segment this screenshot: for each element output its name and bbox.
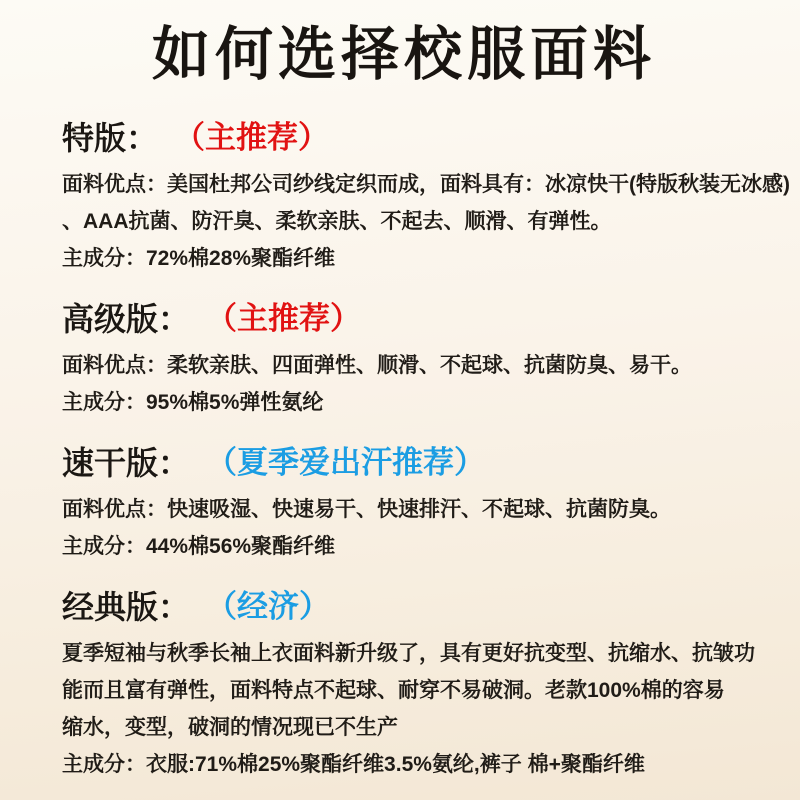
recommendation-tag: （主推荐） bbox=[206, 299, 361, 339]
section-body: 面料优点：快速吸湿、快速易干、快速排汗、不起球、抗菌防臭。 主成分：44%棉56… bbox=[62, 491, 770, 565]
fabric-advantages-line: 、AAA抗菌、防汗臭、柔软亲肤、不起去、顺滑、有弹性。 bbox=[62, 203, 770, 240]
fabric-advantages-line: 面料优点：柔软亲肤、四面弹性、顺滑、不起球、抗菌防臭、易干。 bbox=[62, 347, 770, 384]
upgrade-description-line: 能而且富有弹性，面料特点不起球、耐穿不易破洞。老款100%棉的容易 bbox=[62, 672, 770, 709]
section-special-edition: 特版： （主推荐） 面料优点：美国杜邦公司纱线定织而成，面料具有：冰凉快干(特版… bbox=[62, 118, 770, 277]
section-heading: 速干版： （夏季爱出汗推荐） bbox=[62, 443, 770, 483]
main-composition-line: 主成分：衣服:71%棉25%聚酯纤维3.5%氨纶,裤子 棉+聚酯纤维 bbox=[62, 746, 770, 783]
main-composition-line: 主成分：44%棉56%聚酯纤维 bbox=[62, 528, 770, 565]
section-body: 夏季短袖与秋季长袖上衣面料新升级了，具有更好抗变型、抗缩水、抗皱功 能而且富有弹… bbox=[62, 635, 770, 783]
fabric-advantages-line: 面料优点：快速吸湿、快速易干、快速排汗、不起球、抗菌防臭。 bbox=[62, 491, 770, 528]
upgrade-description-line: 缩水，变型，破洞的情况现已不生产 bbox=[62, 709, 770, 746]
recommendation-tag: （主推荐） bbox=[174, 118, 329, 158]
section-premium-edition: 高级版： （主推荐） 面料优点：柔软亲肤、四面弹性、顺滑、不起球、抗菌防臭、易干… bbox=[62, 299, 770, 421]
upgrade-description-line: 夏季短袖与秋季长袖上衣面料新升级了，具有更好抗变型、抗缩水、抗皱功 bbox=[62, 635, 770, 672]
section-name: 高级版： bbox=[62, 299, 190, 339]
section-body: 面料优点：美国杜邦公司纱线定织而成，面料具有：冰凉快干(特版秋装无冰感) 、AA… bbox=[62, 166, 770, 277]
fabric-advantages-line: 面料优点：美国杜邦公司纱线定织而成，面料具有：冰凉快干(特版秋装无冰感) bbox=[62, 166, 770, 203]
fabric-guide-page: 如何选择校服面料 特版： （主推荐） 面料优点：美国杜邦公司纱线定织而成，面料具… bbox=[0, 0, 800, 800]
main-composition-line: 主成分：72%棉28%聚酯纤维 bbox=[62, 240, 770, 277]
section-name: 速干版： bbox=[62, 443, 190, 483]
recommendation-tag: （夏季爱出汗推荐） bbox=[206, 443, 485, 483]
page-title: 如何选择校服面料 bbox=[38, 22, 770, 88]
recommendation-tag: （经济） bbox=[206, 587, 330, 627]
section-classic-edition: 经典版： （经济） 夏季短袖与秋季长袖上衣面料新升级了，具有更好抗变型、抗缩水、… bbox=[62, 587, 770, 783]
section-heading: 特版： （主推荐） bbox=[62, 118, 770, 158]
section-quickdry-edition: 速干版： （夏季爱出汗推荐） 面料优点：快速吸湿、快速易干、快速排汗、不起球、抗… bbox=[62, 443, 770, 565]
section-body: 面料优点：柔软亲肤、四面弹性、顺滑、不起球、抗菌防臭、易干。 主成分：95%棉5… bbox=[62, 347, 770, 421]
section-name: 特版： bbox=[62, 118, 158, 158]
section-heading: 经典版： （经济） bbox=[62, 587, 770, 627]
main-composition-line: 主成分：95%棉5%弹性氨纶 bbox=[62, 384, 770, 421]
section-heading: 高级版： （主推荐） bbox=[62, 299, 770, 339]
section-name: 经典版： bbox=[62, 587, 190, 627]
